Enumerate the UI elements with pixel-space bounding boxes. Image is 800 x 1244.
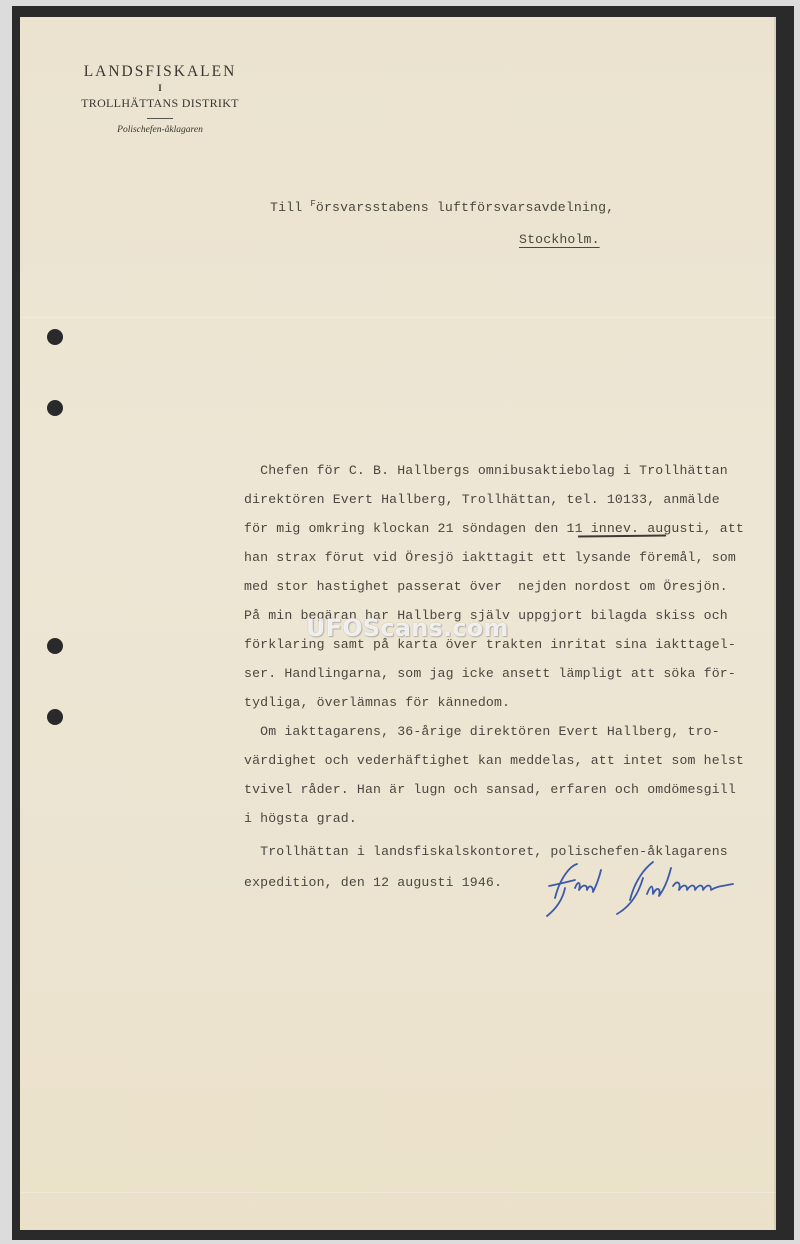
recipient-prefix: Till	[270, 200, 310, 215]
punch-hole	[47, 638, 63, 654]
recipient-city: Stockholm.	[519, 232, 600, 247]
watermark-logo: UFOScans.com	[306, 614, 509, 642]
letterhead-divider	[147, 118, 173, 119]
body-line: expedition, den 12 augusti 1946.	[244, 875, 502, 890]
body-line: ser. Handlingarna, som jag icke ansett l…	[244, 666, 736, 681]
body-line: i högsta grad.	[244, 811, 357, 826]
letterhead: LANDSFISKALEN I TROLLHÄTTANS DISTRIKT Po…	[55, 62, 265, 136]
letterhead-district: TROLLHÄTTANS DISTRIKT	[55, 94, 265, 112]
letterhead-subtitle: Polischefen-åklagaren	[55, 124, 265, 136]
body-line: Om iakttagarens, 36-årige direktören Eve…	[244, 724, 720, 739]
paper-fold	[20, 1192, 776, 1193]
body-line: för mig omkring klockan 21 söndagen den …	[244, 521, 744, 536]
punch-hole	[47, 329, 63, 345]
paper-fold	[20, 317, 776, 318]
letterhead-title: LANDSFISKALEN	[55, 62, 265, 82]
body-line: Trollhättan i landsfiskalskontoret, poli…	[244, 844, 728, 859]
body-line: värdighet och vederhäftighet kan meddela…	[244, 753, 744, 768]
recipient-line: Till Försvarsstabens luftförsvarsavdelni…	[270, 200, 614, 215]
recipient-sup-letter: F	[310, 199, 316, 209]
body-line: tydliga, överlämnas för kännedom.	[244, 695, 510, 710]
body-line: Chefen för C. B. Hallbergs omnibusaktieb…	[244, 463, 728, 478]
paper-edge	[774, 17, 776, 1230]
body-line: direktören Evert Hallberg, Trollhättan, …	[244, 492, 720, 507]
body-line: med stor hastighet passerat över nejden …	[244, 579, 728, 594]
punch-hole	[47, 400, 63, 416]
recipient-name: örsvarsstabens luftförsvarsavdelning,	[316, 200, 614, 215]
letterhead-connector: I	[55, 82, 265, 94]
body-line: han strax förut vid Öresjö iakttagit ett…	[244, 550, 736, 565]
handwritten-signature	[535, 858, 775, 918]
body-line: tvivel råder. Han är lugn och sansad, er…	[244, 782, 736, 797]
punch-hole	[47, 709, 63, 725]
